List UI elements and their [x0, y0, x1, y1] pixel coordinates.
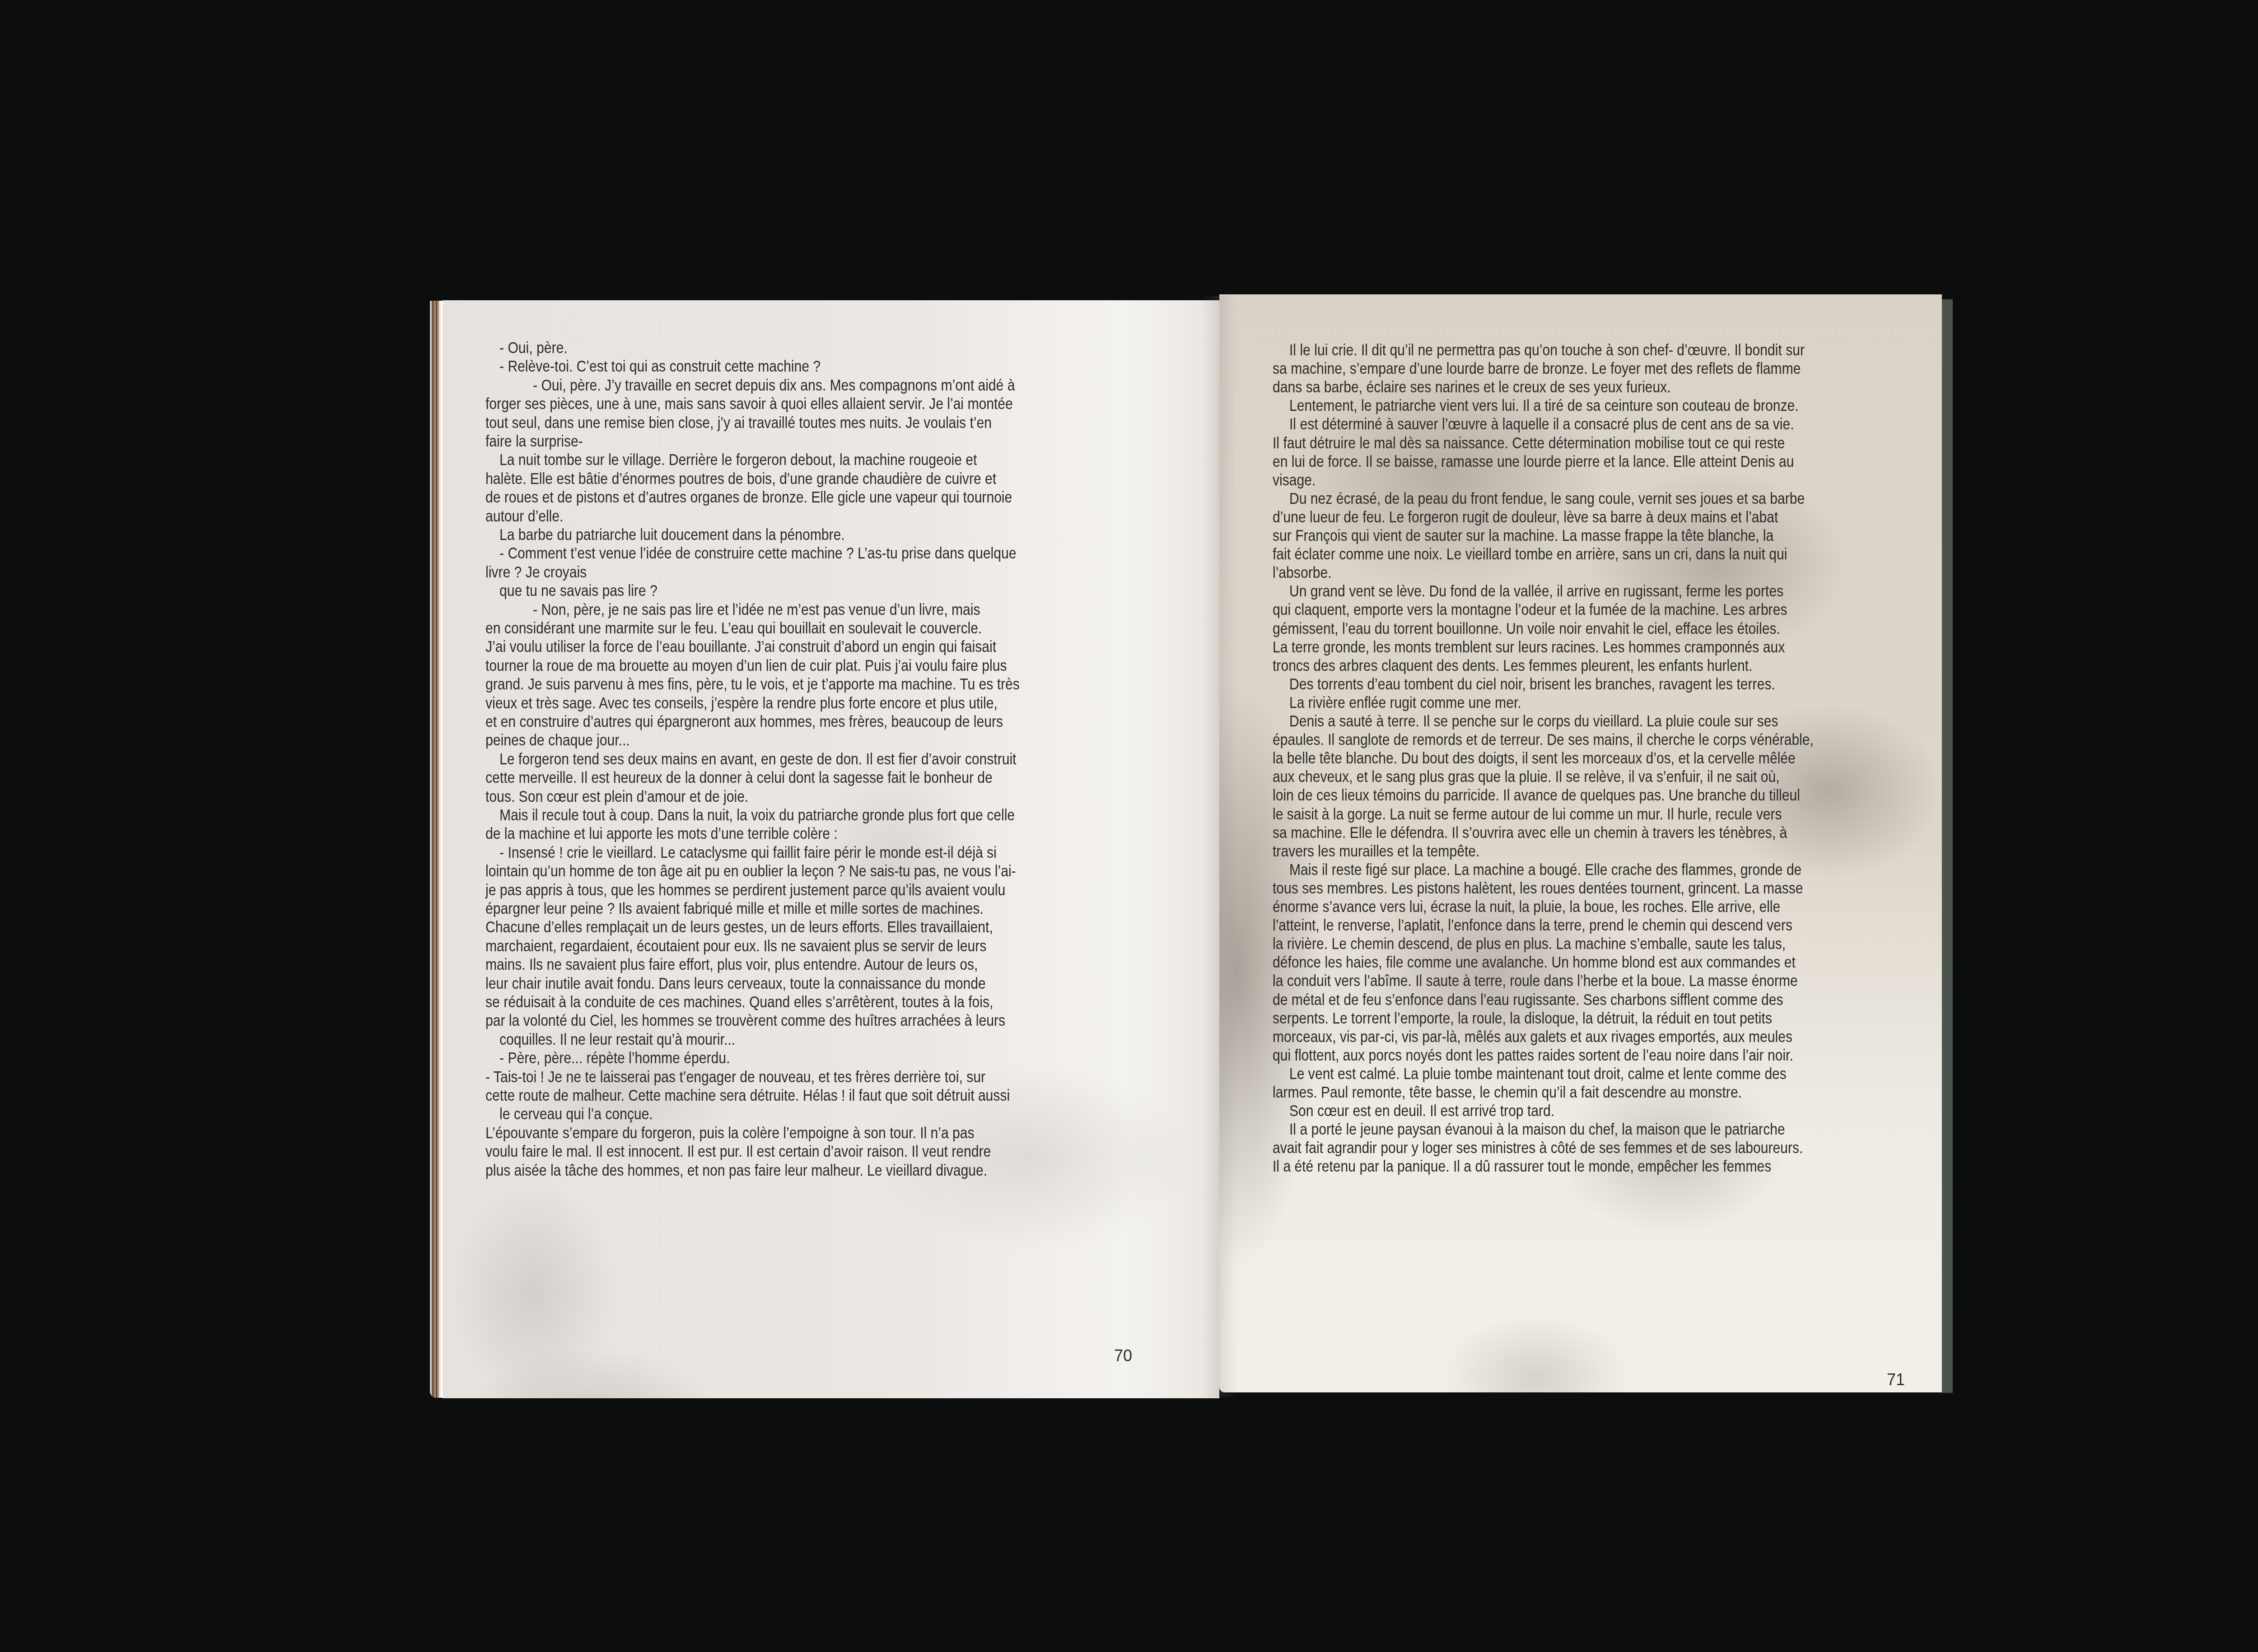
text-line: La rivière enflée rugit comme une mer.: [1289, 694, 1521, 712]
text-line: tourner la roue de ma brouette au moyen …: [485, 657, 1007, 675]
text-line: Le vent est calmé. La pluie tombe mainte…: [1289, 1066, 1787, 1083]
text-line: aux cheveux, et le sang plus gras que la…: [1273, 768, 1780, 786]
text-line: sur François qui vient de sauter sur la …: [1273, 527, 1773, 544]
text-line: L’épouvante s’empare du forgeron, puis l…: [485, 1125, 975, 1142]
text-line: Chacune d’elles remplaçait un de leurs g…: [485, 919, 993, 936]
text-line: Il a été retenu par la panique. Il a dû …: [1273, 1158, 1771, 1175]
text-line: - Non, père, je ne sais pas lire et l’id…: [533, 601, 980, 619]
text-line: Il a porté le jeune paysan évanoui à la …: [1289, 1121, 1785, 1138]
text-line: tous. Son cœur est plein d’amour et de j…: [485, 788, 748, 805]
text-line: gémissent, l’eau du torrent bouillonne. …: [1273, 620, 1780, 638]
text-line: - Oui, père.: [499, 340, 568, 357]
text-line: livre ? Je croyais: [485, 564, 587, 581]
text-line: grand. Je suis parvenu à mes fins, père,…: [485, 676, 1020, 693]
text-line: énorme s’avance vers lui, écrase la nuit…: [1273, 898, 1780, 916]
text-line: Lentement, le patriarche vient vers lui.…: [1289, 397, 1799, 414]
text-line: La terre gronde, les monts tremblent sur…: [1273, 639, 1785, 656]
text-line: l’atteint, le renverse, l’aplatit, l’enf…: [1273, 917, 1792, 934]
text-line: je pas appris à tous, que les hommes se …: [485, 882, 1005, 899]
page-number-right: 71: [1887, 1370, 1905, 1389]
text-line: Mais il reste figé sur place. La machine…: [1289, 861, 1801, 879]
text-line: mains. Ils ne savaient plus faire effort…: [485, 956, 978, 973]
text-line: l’absorbe.: [1273, 564, 1332, 582]
text-line: cette route de malheur. Cette machine se…: [485, 1087, 1010, 1104]
text-line: que tu ne savais pas lire ?: [499, 582, 658, 600]
text-line: loin de ces lieux témoins du parricide. …: [1273, 787, 1800, 804]
text-line: de la machine et lui apporte les mots d’…: [485, 825, 838, 842]
text-line: en lui de force. Il se baisse, ramasse u…: [1273, 453, 1794, 470]
text-line: en considérant une marmite sur le feu. L…: [485, 620, 982, 637]
text-line: sa machine. Elle le défendra. Il s’ouvri…: [1273, 824, 1787, 842]
text-line: plus aisée la tâche des hommes, et non p…: [485, 1162, 987, 1179]
text-line: serpents. Le torrent l’emporte, la roule…: [1273, 1010, 1772, 1027]
text-line: La barbe du patriarche luit doucement da…: [499, 526, 845, 544]
text-line: forger ses pièces, une à une, mais sans …: [485, 396, 1013, 413]
text-line: épaules. Il sanglote de remords et de te…: [1273, 731, 1814, 749]
text-line: visage.: [1273, 472, 1316, 489]
text-line: de métal et de feu s’enfonce dans l’eau …: [1273, 991, 1783, 1009]
text-line: Denis a sauté à terre. Il se penche sur …: [1289, 713, 1778, 730]
back-cover-edge: [1942, 299, 1953, 1393]
text-line: sa machine, s’empare d’une lourde barre …: [1273, 360, 1801, 377]
text-line: coquilles. Il ne leur restait qu’à mouri…: [499, 1031, 735, 1048]
text-line: d’une lueur de feu. Le forgeron rugit de…: [1273, 509, 1778, 526]
text-line: - Insensé ! crie le vieillard. Le catacl…: [499, 844, 997, 861]
text-line: Des torrents d’eau tombent du ciel noir,…: [1289, 676, 1775, 693]
text-line: La nuit tombe sur le village. Derrière l…: [499, 451, 977, 469]
text-line: la rivière. Le chemin descend, de plus e…: [1273, 935, 1786, 953]
text-line: avait fait agrandir pour y loger ses min…: [1273, 1140, 1803, 1157]
text-line: travers les murailles et la tempête.: [1273, 843, 1479, 860]
text-line: le saisit à la gorge. La nuit se ferme a…: [1273, 806, 1782, 823]
text-line: par la volonté du Ciel, les hommes se tr…: [485, 1012, 1005, 1029]
text-line: Un grand vent se lève. Du fond de la val…: [1289, 583, 1783, 600]
text-line: lointain qu’un homme de ton âge ait pu e…: [485, 863, 1016, 880]
text-line: et en construire d’autres qui épargneron…: [485, 713, 1003, 731]
text-line: qui flottent, aux porcs noyés dont les p…: [1273, 1047, 1793, 1064]
page-number-left: 70: [1114, 1346, 1132, 1365]
text-line: Le forgeron tend ses deux mains en avant…: [499, 751, 1016, 768]
text-line: - Tais-toi ! Je ne te laisserai pas t’en…: [485, 1069, 985, 1086]
text-line: halète. Elle est bâtie d’énormes poutres…: [485, 470, 996, 488]
text-line: - Oui, père. J’y travaille en secret dep…: [533, 377, 1015, 394]
page-block-edge: [430, 301, 443, 1398]
text-line: qui claquent, emporte vers la montagne l…: [1273, 601, 1787, 619]
text-line: peines de chaque jour...: [485, 732, 630, 749]
text-line: autour d’elle.: [485, 508, 563, 525]
text-line: tous ses membres. Les pistons halètent, …: [1273, 880, 1803, 897]
text-line: le cerveau qui l’a conçue.: [499, 1106, 653, 1123]
text-line: cette merveille. Il est heureux de la do…: [485, 769, 993, 786]
text-line: faire la surprise-: [485, 433, 583, 450]
text-line: de roues et de pistons et d’autres organ…: [485, 489, 1012, 506]
text-line: - Relève-toi. C’est toi qui as construit…: [499, 358, 821, 375]
text-line: marchaient, regardaient, écoutaient pour…: [485, 938, 986, 955]
text-line: voulu faire le mal. Il est innocent. Il …: [485, 1143, 991, 1160]
text-line: épargner leur peine ? Ils avaient fabriq…: [485, 900, 984, 917]
text-line: fait éclater comme une noix. Le vieillar…: [1273, 546, 1787, 563]
text-line: Il faut détruire le mal dès sa naissance…: [1273, 435, 1785, 452]
text-line: se réduisait à la conduite de ces machin…: [485, 994, 993, 1011]
text-line: vieux et très sage. Avec tes conseils, j…: [485, 695, 998, 712]
text-line: Il est déterminé à sauver l’œuvre à laqu…: [1289, 416, 1794, 433]
text-line: la conduit vers l’abîme. Il saute à terr…: [1273, 973, 1798, 990]
text-line: Son cœur est en deuil. Il est arrivé tro…: [1289, 1103, 1554, 1120]
text-line: - Père, père... répète l’homme éperdu.: [499, 1050, 730, 1067]
text-line: J’ai voulu utiliser la force de l’eau bo…: [485, 638, 996, 656]
text-line: défonce les haies, file comme une avalan…: [1273, 954, 1796, 971]
text-line: dans sa barbe, éclaire ses narines et le…: [1273, 379, 1671, 396]
text-line: Du nez écrasé, de la peau du front fendu…: [1289, 490, 1805, 507]
open-book-scan: 70 71 - Oui, père.- Relève-toi. C’est to…: [0, 0, 2258, 1652]
text-line: Mais il recule tout à coup. Dans la nuit…: [499, 807, 1015, 824]
text-line: troncs des arbres claquent des dents. Le…: [1273, 657, 1752, 675]
text-line: - Comment t’est venue l’idée de construi…: [499, 545, 1016, 562]
text-line: la belle tête blanche. Du bout des doigt…: [1273, 750, 1796, 767]
text-line: morceaux, vis par-ci, vis par-là, mêlés …: [1273, 1028, 1792, 1046]
text-line: Il le lui crie. Il dit qu’il ne permettr…: [1289, 342, 1805, 359]
text-line: tout seul, dans une remise bien close, j…: [485, 414, 992, 432]
text-line: larmes. Paul remonte, tête basse, le che…: [1273, 1084, 1742, 1101]
text-line: leur chair inutile avait fondu. Dans leu…: [485, 975, 986, 992]
